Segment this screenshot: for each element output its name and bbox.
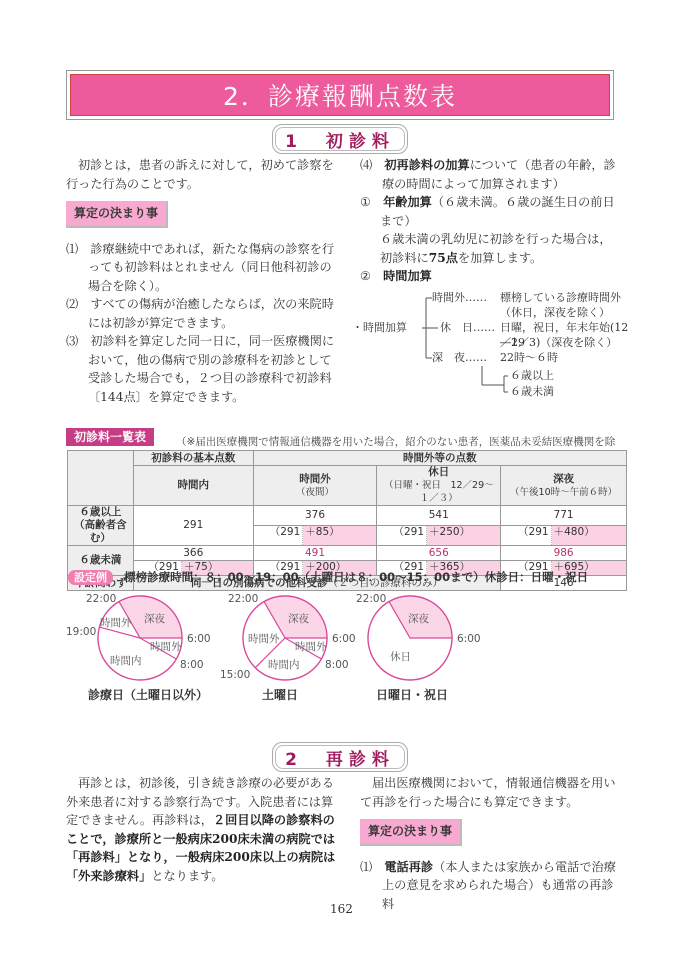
svg-text:8:00: 8:00: [180, 659, 204, 671]
table-row-over6: ６歳以上（高齢者含む） 291 376 541 771: [68, 506, 627, 526]
cell-after-over6: 376: [253, 506, 377, 526]
svg-text:休日: 休日: [390, 650, 411, 663]
cell-within-under6: 366: [133, 546, 253, 561]
row-label-over6: ６歳以上（高齢者含む）: [68, 506, 134, 546]
tree-branch-night: 深 夜……: [432, 350, 487, 365]
cell-night-under6: 986: [501, 546, 627, 561]
page-number: 162: [330, 902, 353, 916]
cell-night-over6: 771: [501, 506, 627, 526]
cell-holiday-under6: 656: [377, 546, 501, 561]
pie-caption-weekday: 診療日（土曜日以外）: [88, 686, 208, 703]
svg-text:6:00: 6:00: [332, 633, 356, 645]
header-basic: 初診料の基本点数: [133, 451, 253, 466]
tree-branch-holiday: 休 日……: [440, 320, 495, 335]
rule-3: ⑶ 初診料を算定した同一日に，同一医療機関において，他の傷病で別の診療科を初診と…: [66, 332, 338, 406]
svg-text:8:00: 8:00: [325, 659, 349, 671]
tree-root: ・時間加算: [352, 320, 407, 335]
rule-2: ⑵ すべての傷病が治癒したならば，次の来院時には初診が算定できます。: [66, 295, 338, 332]
example-badge: 設定例: [68, 570, 113, 585]
tree-sub-under6: ６歳未満: [510, 384, 554, 399]
section-heading-shoshin: 1 初診料: [272, 124, 408, 154]
pie-caption-saturday: 土曜日: [262, 686, 298, 703]
tree-sub-over6: ６歳以上: [510, 368, 554, 383]
section2-right-column: 届出医療機関において，情報通信機器を用いて再診を行った場合にも算定できます。 算…: [360, 774, 622, 913]
section-title: 2 再診料: [285, 745, 395, 770]
svg-text:22:00: 22:00: [228, 593, 258, 605]
time-addition-tree: ・時間加算 時間外…… 標榜している診療時間外 （休日，深夜を除く） 休 日………: [360, 288, 630, 398]
section-heading-saishin: 2 再診料: [272, 742, 408, 772]
svg-text:深夜: 深夜: [288, 612, 309, 625]
svg-text:時間内: 時間内: [110, 654, 142, 667]
section2-left-column: 再診とは，初診後，引き続き診療の必要がある外来患者に対する診察行為です。入院患者…: [66, 774, 338, 885]
table-row-under6: ６歳未満 366 491 656 986: [68, 546, 627, 561]
section1-right-column: ⑷ 初再診料の加算について（患者の年齢，診療の時間によって加算されます） ① 年…: [360, 156, 622, 286]
svg-text:22:00: 22:00: [86, 593, 116, 605]
header-after: 時間外（夜間）: [253, 466, 377, 506]
pie-sunday-holiday: 深夜 休日 22:00 6:00: [356, 593, 480, 680]
svg-text:時間外: 時間外: [150, 640, 182, 653]
svg-text:15:00: 15:00: [220, 669, 250, 681]
fee-table-header: 初診料一覧表: [66, 426, 154, 445]
svg-text:6:00: 6:00: [457, 633, 480, 645]
cell-after-over6-breakdown: （291＋85）: [253, 526, 377, 546]
cell-after-under6: 491: [253, 546, 377, 561]
header-night: 深夜（午後10時～午前６時）: [501, 466, 627, 506]
age-addition: ① 年齢加算（６歳未満。６歳の誕生日の前日まで）: [360, 193, 622, 230]
pie-caption-sunday: 日曜日・祝日: [376, 686, 448, 703]
age-addition-detail: ６歳未満の乳幼児に初診を行った場合は，初診料に75点を加算します。: [360, 230, 622, 267]
example-text: 標榜診療時間：８：00～19：00（土曜日は８：00～15：00まで）休診日：日…: [124, 570, 588, 584]
section1-left-column: 初診とは，患者の訴えに対して，初めて診察を行った行為のことです。 算定の決まり事…: [66, 156, 338, 406]
example-line: 設定例 標榜診療時間：８：00～19：00（土曜日は８：00～15：00まで）休…: [68, 566, 588, 585]
fee-table-label: 初診料一覧表: [66, 428, 154, 446]
section2-intro-right: 届出医療機関において，情報通信機器を用いて再診を行った場合にも算定できます。: [360, 774, 622, 811]
chapter-title: 2．診療報酬点数表: [223, 77, 457, 113]
cell-night-over6-breakdown: （291＋480）: [501, 526, 627, 546]
section-title: 1 初診料: [285, 127, 395, 152]
section1-intro: 初診とは，患者の訴えに対して，初めて診察を行った行為のことです。: [66, 156, 338, 193]
header-within: 時間内: [133, 466, 253, 506]
section2-intro: 再診とは，初診後，引き続き診療の必要がある外来患者に対する診察行為です。入院患者…: [66, 774, 338, 885]
cell-holiday-over6-breakdown: （291＋250）: [377, 526, 501, 546]
svg-text:時間外: 時間外: [248, 632, 280, 645]
pie-charts: 深夜 時間外 時間外 時間内 22:00 19:00 6:00 8:00 深夜 …: [60, 588, 480, 688]
chapter-banner: 2．診療報酬点数表: [66, 70, 614, 120]
cell-holiday-over6: 541: [377, 506, 501, 526]
tree-branch-after-hours: 時間外……: [432, 290, 487, 305]
svg-text:時間外: 時間外: [100, 616, 132, 629]
svg-text:深夜: 深夜: [144, 612, 165, 625]
rule-phone-revisit: ⑴ 電話再診（本人または家族から電話で治療上の意見を求められた場合）も通常の再診…: [360, 858, 622, 914]
svg-text:6:00: 6:00: [187, 633, 211, 645]
fee-table-corner: [68, 451, 134, 506]
pie-weekday: 深夜 時間外 時間外 時間内 22:00 19:00 6:00 8:00: [66, 593, 211, 680]
rule-4: ⑷ 初再診料の加算について（患者の年齢，診療の時間によって加算されます）: [360, 156, 622, 193]
svg-text:19:00: 19:00: [66, 626, 96, 638]
svg-text:時間内: 時間内: [268, 658, 300, 671]
header-holiday: 休日（日曜・祝日 12／29～１／３）: [377, 466, 501, 506]
cell-within-over6: 291: [133, 506, 253, 546]
rules-label: 算定の決まり事: [360, 819, 462, 846]
time-addition: ② 時間加算: [360, 267, 622, 286]
svg-text:22:00: 22:00: [356, 593, 386, 605]
svg-text:時間外: 時間外: [295, 640, 327, 653]
rules-label: 算定の決まり事: [66, 201, 168, 228]
header-extra: 時間外等の点数: [253, 451, 626, 466]
pie-saturday: 深夜 時間外 時間外 時間内 22:00 15:00 6:00 8:00: [220, 593, 356, 681]
svg-text:深夜: 深夜: [408, 612, 429, 625]
rule-1: ⑴ 診療継続中であれば，新たな傷病の診察を行っても初診料はとれません（同日他科初…: [66, 240, 338, 296]
